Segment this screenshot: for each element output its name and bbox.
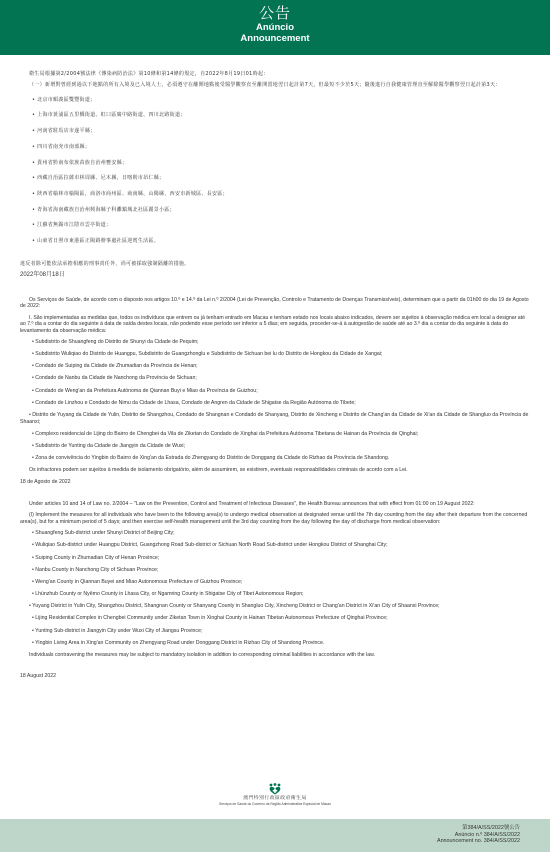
en-place: • Weng'an County in Qiannan Buyei and Mi… xyxy=(20,579,530,586)
zh-place: • 江蘇省無錫市江陰市雲亭街道； xyxy=(20,222,530,229)
zh-intro: 衛生局根據第2/2004號法律《傳染病防治法》第10條和第14條的規定，自202… xyxy=(20,71,530,78)
zh-penalty: 違反者除可能依法承擔相應的刑事責任外，尚可被採取強制隔離的措施。 xyxy=(20,261,530,268)
pt-place: • Subdistrito Wuliqiao do Distrito de Hu… xyxy=(20,351,530,358)
pt-place: • Condado de Linzhou e Condado de Nimu d… xyxy=(20,400,530,407)
title-zh: 公告 xyxy=(0,0,550,22)
pt-place: • Condado de Nanbu da Cidade de Nanchong… xyxy=(20,375,530,382)
en-place: • Lijing Residential Complex in Chengbei… xyxy=(20,615,530,622)
en-place: • Yunting Sub-district in Jiangyin City … xyxy=(20,628,530,635)
pt-place: • Complexo residencial de Lijing do Bair… xyxy=(20,431,530,438)
announcement-reference: 第384/A/SS/2022號公告 Anúncio n.º 384/A/SS/2… xyxy=(437,825,520,845)
footer: 第384/A/SS/2022號公告 Anúncio n.º 384/A/SS/2… xyxy=(0,819,550,852)
en-place: • Lhünzhub County or Nyêmo County in Lha… xyxy=(20,591,530,598)
pt-place: • Distrito de Yuyang da Cidade de Yulin,… xyxy=(20,412,530,425)
announcement-body: 衛生局根據第2/2004號法律《傳染病防治法》第10條和第14條的規定，自202… xyxy=(20,71,530,684)
zh-place: • 陝西省榆林市榆陽區，商洛市商州區、商南縣、山陽縣，西安市新城區、長安區； xyxy=(20,191,530,198)
en-place: • Yingbin Living Area in Xing'an Communi… xyxy=(20,640,530,647)
zh-place: • 四川省南充市南部縣； xyxy=(20,144,530,151)
title-en: Announcement xyxy=(0,33,550,44)
en-item-1: (I) Implement the measures for all indiv… xyxy=(20,512,530,525)
health-bureau-logo-icon xyxy=(268,783,282,795)
title-pt: Anúncio xyxy=(0,22,550,33)
announcement-header: 公告 Anúncio Announcement xyxy=(0,0,550,55)
en-place: • Suiping County in Zhumadian City of He… xyxy=(20,555,530,562)
zh-place: • 北京市順義區雙豐街道； xyxy=(20,97,530,104)
en-place: • Yuyang District in Yulin City, Shangzh… xyxy=(20,603,530,610)
en-penalty: Individuals contravening the measures ma… xyxy=(20,652,530,659)
pt-item-1: I. São implementadas as medidas que, tod… xyxy=(20,315,530,335)
pt-place: • Condado de Weng'an da Prefeitura Autón… xyxy=(20,388,530,395)
en-place: • Nanbu County in Nanchong City of Sichu… xyxy=(20,567,530,574)
zh-place: • 西藏自治區拉薩市林周縣、尼木縣，日喀則市昂仁縣； xyxy=(20,175,530,182)
pt-intro: Os Serviços de Saúde, de acordo com o di… xyxy=(20,297,530,310)
zh-place: • 青海省海南藏族自治州興海縣子科灘鎮城北社區麗景小區； xyxy=(20,207,530,214)
pt-place: • Subdistrito de Shuangfeng do Distrito … xyxy=(20,339,530,346)
logo-name-pt: Serviços de Saúde do Governo da Região A… xyxy=(0,802,550,806)
pt-date: 18 de Agosto de 2022 xyxy=(20,479,530,486)
pt-penalty: Os infractores podem ser sujeitos à medi… xyxy=(20,467,530,474)
en-place: • Shuangfeng Sub-district under Shunyi D… xyxy=(20,530,530,537)
zh-date: 2022年08月18日 xyxy=(20,272,530,279)
ref-en: Announcement no. 384/A/SS/2022 xyxy=(437,838,520,845)
en-place: • Wuliqiao Sub-district under Huangpu Di… xyxy=(20,542,530,549)
zh-place: • 山東省日照市東港區正陽路辦事處社區迎賓生活區。 xyxy=(20,238,530,245)
zh-item-1: （一）新增對曾經到過以下地點的所有入境及已入境人士，必須遵守在離開地點後受醫學觀… xyxy=(20,82,530,89)
zh-place: • 上海市黃浦區五里橋街道、虹口區廣中路街道、四川北路街道； xyxy=(20,112,530,119)
zh-place: • 河南省駐馬店市遂平縣； xyxy=(20,128,530,135)
ref-zh: 第384/A/SS/2022號公告 xyxy=(437,825,520,832)
ref-pt: Anúncio n.º 384/A/SS/2022 xyxy=(437,832,520,839)
en-date: 18 August 2022 xyxy=(20,673,530,680)
health-bureau-logo: 澳門特別行政區政府衛生局 Serviços de Saúde do Govern… xyxy=(0,783,550,806)
en-intro: Under articles 10 and 14 of Law no. 2/20… xyxy=(20,501,530,508)
pt-place: • Condado de Suiping da Cidade de Zhumad… xyxy=(20,363,530,370)
zh-place: • 貴州省黔南布依族苗族自治州甕安縣； xyxy=(20,160,530,167)
pt-place: • Subdistrito de Yunting da Cidade de Ji… xyxy=(20,443,530,450)
pt-place: • Zona de convivência do Yingbin do Bair… xyxy=(20,455,530,462)
